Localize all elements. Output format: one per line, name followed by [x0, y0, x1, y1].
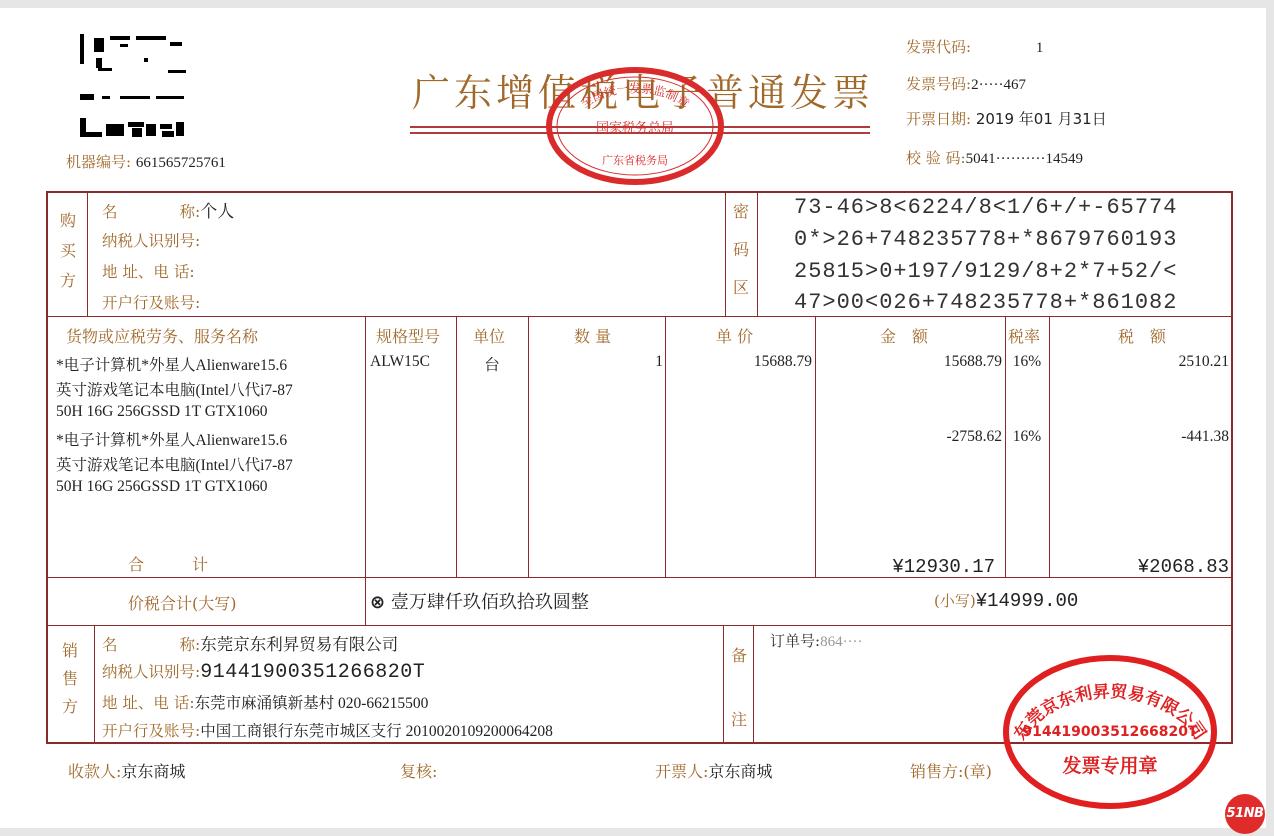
tax-bureau-seal: 全国统一发票监制章 国家税务总局 广东省税务局: [545, 66, 725, 186]
issuer-label: 开票人:: [655, 762, 708, 781]
seller-side-char: 售: [60, 671, 80, 699]
machine-number-value: 661565725761: [136, 155, 226, 171]
check-code-value: 5041··········14549: [966, 151, 1083, 167]
issuer-value: 京东商城: [708, 762, 772, 781]
seller-side-char: 销: [60, 643, 80, 671]
col-divider: [725, 193, 726, 316]
col-divider: [757, 193, 758, 316]
buyer-side-char: 方: [58, 273, 78, 289]
order-number-label: 订单号:: [770, 632, 820, 650]
password-area-label: 密 码 区: [731, 204, 751, 296]
invoice-number: 发票号码:2·····467: [906, 73, 1026, 94]
invoice-sheet: 机器编号: 661565725761 广东增值税电子普通发票 全国统一发票监制章…: [0, 8, 1266, 828]
payee: 收款人:京东商城: [68, 759, 185, 782]
buyer-taxid: 纳税人识别号:: [102, 229, 200, 251]
grand-total-words: ⊗ 壹万肆仟玖佰玖拾玖圆整: [370, 588, 589, 614]
header-tax-amount: 税 额: [1118, 324, 1166, 347]
password-line: 0*>26+748235778+*8679760193: [794, 227, 1177, 252]
grand-total-small: (小写)¥14999.00: [934, 590, 1078, 612]
item-tax-rate: 16%: [1005, 428, 1049, 446]
password-line: 25815>0+197/9129/8+2*7+52/<: [794, 259, 1177, 284]
item-unit-price: 15688.79: [665, 353, 812, 371]
check-code: 校 验 码:5041··········14549: [906, 147, 1083, 168]
item-amount: -2758.62: [815, 428, 1002, 446]
buyer-name-label: 名 称:: [102, 203, 200, 221]
total-label: 合 计: [128, 552, 208, 575]
issuer: 开票人:京东商城: [655, 759, 772, 782]
remarks-side-char: 备: [729, 648, 749, 712]
header-spec: 规格型号: [376, 324, 440, 347]
row-divider: [46, 316, 1233, 317]
col-divider: [87, 193, 88, 316]
buyer-taxid-label: 纳税人识别号:: [102, 232, 200, 250]
item-name-line: 50H 16G 256GSSD 1T GTX1060: [56, 478, 268, 496]
total-amount: ¥12930.17: [815, 556, 995, 578]
password-side-char: 密: [731, 204, 751, 242]
reviewer: 复核:: [400, 759, 437, 782]
item-name-line: *电子计算机*外星人Alienware15.6: [56, 428, 287, 450]
seller-stamp-label: 销售方:(章): [910, 759, 992, 782]
invoice-date: 开票日期: 2019 年01 月31日: [906, 108, 1107, 129]
grand-total-in-words: 壹万肆仟玖佰玖拾玖圆整: [391, 592, 589, 612]
seller-bank: 开户行及账号:中国工商银行东莞市城区支行 2010020109200064208: [102, 719, 553, 741]
seller-bank-label: 开户行及账号:: [102, 722, 200, 740]
invoice-date-label: 开票日期:: [906, 110, 971, 128]
buyer-name: 名 称:个人: [102, 197, 234, 222]
watermark-badge: 51NB: [1225, 794, 1265, 834]
svg-text:发票专用章: 发票专用章: [1062, 754, 1157, 777]
machine-number-label: 机器编号:: [66, 153, 131, 171]
buyer-side-char: 买: [58, 243, 78, 273]
buyer-address: 地 址、电 话:: [102, 260, 195, 282]
seller-address-label: 地 址、电 话:: [102, 694, 195, 712]
password-line: 73-46>8<6224/8<1/6+/+-65774: [794, 195, 1177, 220]
buyer-address-label: 地 址、电 话:: [102, 263, 195, 281]
item-amount: 15688.79: [815, 353, 1002, 371]
remarks-side-char: 注: [729, 712, 749, 728]
item-name-line: 50H 16G 256GSSD 1T GTX1060: [56, 403, 268, 421]
item-name-line: 英寸游戏笔记本电脑(Intel八代i7-87: [56, 378, 293, 400]
item-spec: ALW15C: [370, 353, 430, 371]
password-side-char: 码: [731, 242, 751, 280]
seller-bank-value: 中国工商银行东莞市城区支行 2010020109200064208: [200, 723, 553, 740]
total-tax: ¥2068.83: [1049, 556, 1229, 578]
item-tax-amount: 2510.21: [1049, 353, 1229, 371]
svg-text:广东省税务局: 广东省税务局: [602, 153, 668, 167]
header-quantity: 数 量: [574, 324, 611, 347]
remarks-label: 备 注: [729, 648, 749, 728]
buyer-side-char: 购: [58, 213, 78, 243]
order-number: 订单号:864····: [770, 630, 863, 651]
item-tax-rate: 16%: [1005, 353, 1049, 371]
seller-side-label: 销 售 方: [60, 643, 80, 715]
seller-taxid-label: 纳税人识别号:: [102, 663, 200, 681]
grand-total-small-label: (小写): [934, 592, 976, 610]
svg-text:91441900351266820T: 91441900351266820T: [1022, 724, 1198, 740]
check-code-label: 校 验 码:: [906, 149, 966, 167]
password-line: 47>00<026+748235778+*861082: [794, 290, 1177, 315]
buyer-bank: 开户行及账号:: [102, 291, 200, 313]
item-name-line: 英寸游戏笔记本电脑(Intel八代i7-87: [56, 453, 293, 475]
item-unit: 台: [456, 353, 528, 375]
seller-taxid-value: 91441900351266820T: [200, 661, 425, 684]
col-divider: [753, 625, 754, 744]
seller-name-value: 东莞京东利昇贸易有限公司: [200, 635, 398, 654]
invoice-number-label: 发票号码:: [906, 75, 971, 93]
grand-total-small-value: ¥14999.00: [976, 590, 1079, 612]
seller-name: 名 称:东莞京东利昇贸易有限公司: [102, 631, 398, 655]
item-name-line: *电子计算机*外星人Alienware15.6: [56, 353, 287, 375]
seller-address: 地 址、电 话:东莞市麻涌镇新基村 020-66215500: [102, 691, 428, 713]
header-amount: 金 额: [880, 324, 928, 347]
svg-text:国家税务总局: 国家税务总局: [596, 121, 674, 136]
col-divider: [723, 625, 724, 744]
reviewer-label: 复核:: [400, 762, 437, 781]
invoice-code-value: 1: [1036, 40, 1044, 56]
header-tax-rate: 税率: [1008, 324, 1040, 347]
invoice-stamp-seal: 东莞京东利昇贸易有限公司 91441900351266820T 发票专用章: [1000, 648, 1220, 810]
item-tax-amount: -441.38: [1049, 428, 1229, 446]
qr-code: [80, 34, 186, 140]
order-number-value: 864····: [820, 634, 862, 650]
header-unit: 单位: [473, 324, 505, 347]
buyer-name-value: 个人: [200, 202, 234, 222]
payee-label: 收款人:: [68, 762, 121, 781]
col-divider: [94, 625, 95, 744]
seller-address-value: 东莞市麻涌镇新基村 020-66215500: [195, 695, 429, 712]
cross-circle-icon: ⊗: [370, 592, 385, 613]
header-unit-price: 单 价: [716, 324, 753, 347]
invoice-date-value: 2019 年01 月31日: [976, 110, 1107, 128]
invoice-number-value: 2·····467: [971, 77, 1026, 93]
buyer-side-label: 购 买 方: [58, 213, 78, 289]
header-item-name: 货物或应税劳务、服务名称: [66, 324, 258, 347]
grand-total-label: 价税合计(大写): [128, 591, 237, 614]
payee-value: 京东商城: [121, 762, 185, 781]
item-quantity: 1: [528, 353, 663, 371]
svg-text:全国统一发票监制章: 全国统一发票监制章: [578, 80, 693, 110]
machine-number: 机器编号: 661565725761: [66, 151, 226, 172]
invoice-code: 发票代码: 1: [906, 36, 1043, 57]
row-divider: [46, 625, 1233, 626]
seller-taxid: 纳税人识别号:91441900351266820T: [102, 660, 425, 684]
seller-name-label: 名 称:: [102, 636, 200, 654]
password-side-char: 区: [731, 280, 751, 296]
seller-side-char: 方: [60, 699, 80, 715]
invoice-code-label: 发票代码:: [906, 38, 971, 56]
buyer-bank-label: 开户行及账号:: [102, 294, 200, 312]
col-divider: [365, 316, 366, 625]
